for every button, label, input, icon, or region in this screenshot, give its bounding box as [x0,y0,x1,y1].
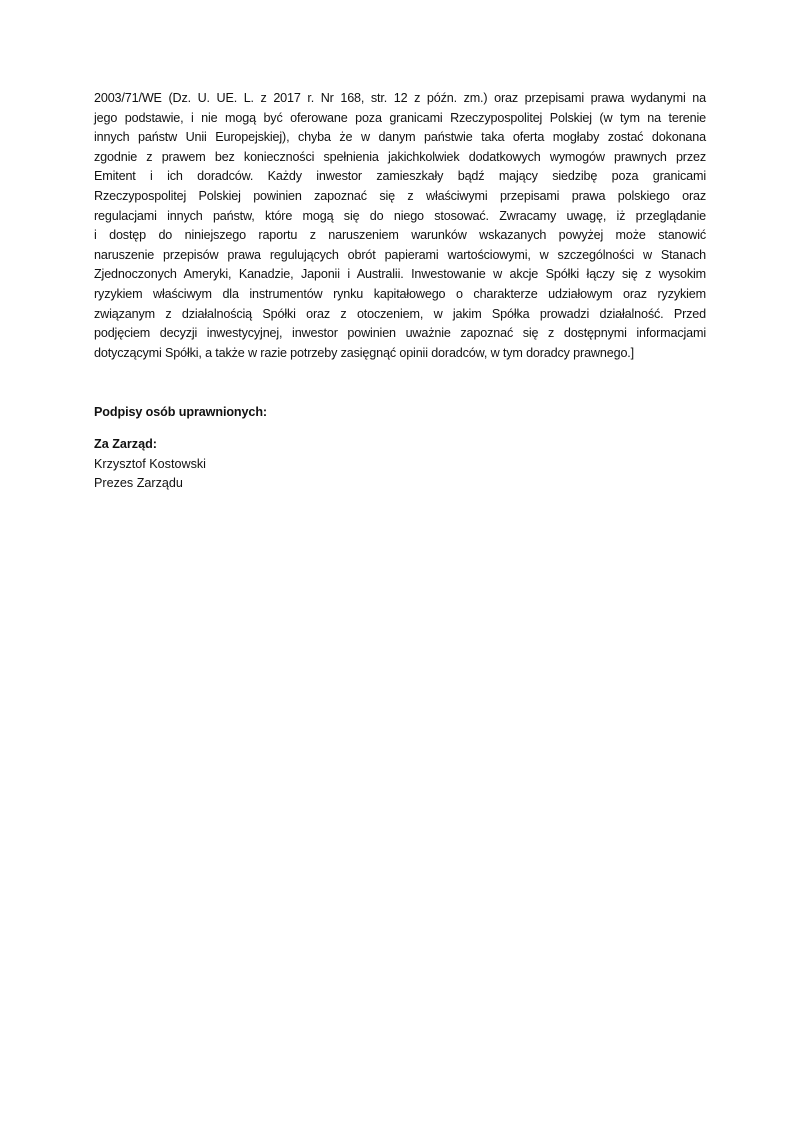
paragraph-line: regulacjami innych państw, które mogą si… [94,207,706,227]
paragraph-line: 2003/71/WE (Dz. U. UE. L. z 2017 r. Nr 1… [94,89,706,109]
signatory-name: Krzysztof Kostowski [94,455,706,475]
board-label: Za Zarząd: [94,435,706,455]
signature-block: Za Zarząd: Krzysztof Kostowski Prezes Za… [94,435,706,494]
paragraph-line: Emitent i ich doradców. Każdy inwestor z… [94,167,706,187]
paragraph-line: naruszenie przepisów prawa regulujących … [94,246,706,266]
paragraph-line: dotyczącymi Spółki, a także w razie potr… [94,344,706,364]
signatory-title: Prezes Zarządu [94,474,706,494]
paragraph-line: i dostęp do niniejszego raportu z narusz… [94,226,706,246]
paragraph-line: ryzykiem właściwym dla instrumentów rynk… [94,285,706,305]
document-page: 2003/71/WE (Dz. U. UE. L. z 2017 r. Nr 1… [94,89,706,494]
disclaimer-paragraph: 2003/71/WE (Dz. U. UE. L. z 2017 r. Nr 1… [94,89,706,363]
paragraph-line: podjęciem decyzji inwestycyjnej, inwesto… [94,324,706,344]
paragraph-line: związanym z działalnością Spółki oraz z … [94,305,706,325]
paragraph-line: jego podstawie, i nie mogą być oferowane… [94,109,706,129]
paragraph-line: zgodnie z prawem bez konieczności spełni… [94,148,706,168]
paragraph-line: Rzeczypospolitej Polskiej powinien zapoz… [94,187,706,207]
signatures-heading: Podpisy osób uprawnionych: [94,403,706,423]
paragraph-line: innych państw Unii Europejskiej), chyba … [94,128,706,148]
paragraph-line: Zjednoczonych Ameryki, Kanadzie, Japonii… [94,265,706,285]
